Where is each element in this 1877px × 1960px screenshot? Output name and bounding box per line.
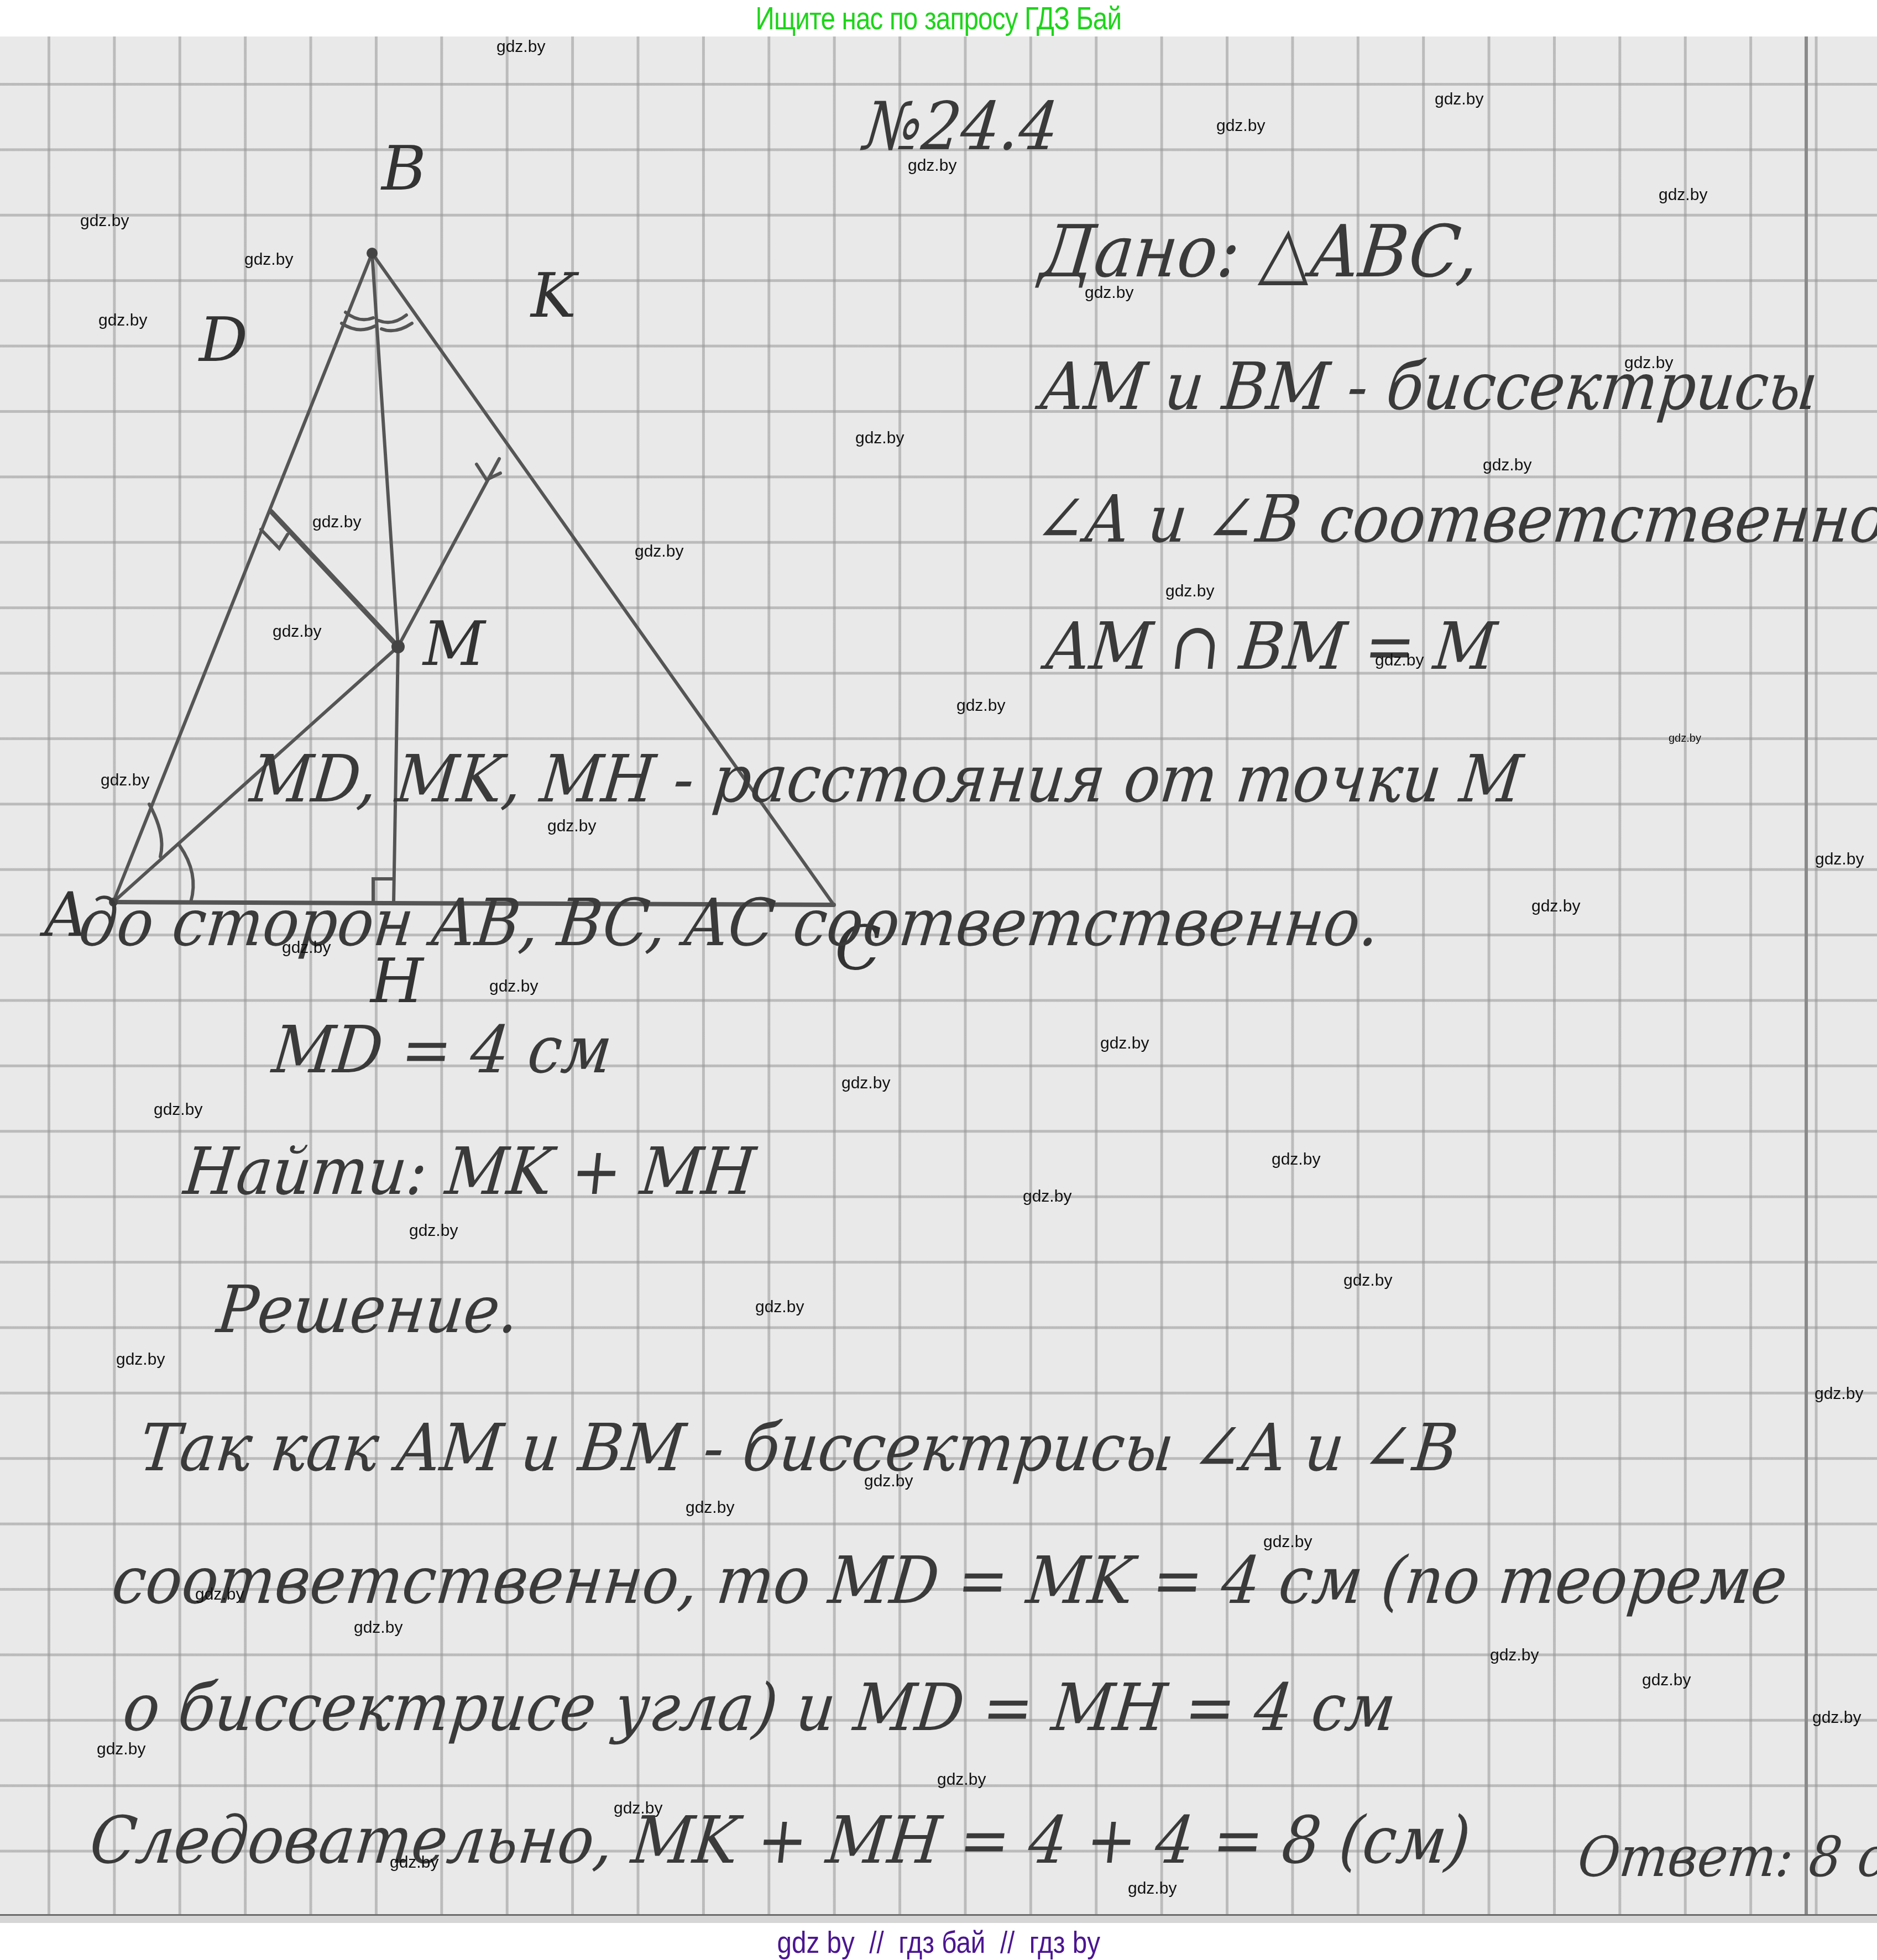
notebook-page: [0, 36, 1877, 1914]
watermark: gdz.by: [1483, 457, 1531, 474]
watermark: gdz.by: [195, 1586, 244, 1603]
given-line-4: AM ∩ BM = M: [1044, 614, 1499, 679]
watermark: gdz.by: [1375, 652, 1424, 669]
watermark: gdz.by: [614, 1800, 662, 1817]
watermark: gdz.by: [1272, 1151, 1320, 1168]
watermark: gdz.by: [98, 312, 147, 329]
watermark: gdz.by: [1100, 1035, 1149, 1052]
watermark: gdz.by: [1815, 1386, 1863, 1402]
body-line-2: до сторон AB, BC, AC соответственно.: [76, 890, 1383, 955]
watermark: gdz.by: [282, 940, 331, 956]
label-d: D: [199, 310, 248, 370]
watermark: gdz.by: [956, 698, 1005, 714]
watermark: gdz.by: [97, 1741, 145, 1758]
watermark: gdz.by: [1815, 851, 1864, 868]
watermark: gdz.by: [755, 1299, 804, 1316]
watermark: gdz.by: [1435, 91, 1483, 108]
watermark: gdz.by: [1659, 187, 1707, 203]
solution-line-3: о биссектрисе угла) и MD = MH = 4 см: [121, 1675, 1399, 1740]
watermark: gdz.by: [908, 158, 956, 174]
watermark: gdz.by: [496, 39, 545, 55]
given-line-3: ∠A и ∠B соответственно,: [1033, 486, 1877, 552]
solution-line-2: соответственно, то MD = MK = 4 см (по те…: [109, 1548, 1791, 1613]
watermark: gdz.by: [1343, 1272, 1392, 1289]
label-k: K: [531, 265, 576, 326]
watermark: gdz.by: [101, 772, 149, 789]
watermark: gdz.by: [244, 251, 293, 268]
watermark: gdz.by: [864, 1473, 913, 1490]
watermark: gdz.by: [635, 543, 683, 560]
watermark: gdz.by: [354, 1620, 402, 1636]
watermark: gdz.by: [1023, 1188, 1071, 1205]
watermark: gdz.by: [1085, 285, 1133, 301]
watermark: gdz.by: [1165, 583, 1214, 600]
watermark: gdz.by: [489, 978, 538, 995]
page-bottom-edge: [0, 1914, 1877, 1923]
watermark: gdz.by: [841, 1075, 890, 1092]
watermark: gdz.by: [273, 623, 321, 640]
label-b: B: [381, 138, 426, 199]
watermark: gdz.by: [1490, 1647, 1539, 1664]
watermark: gdz.by: [116, 1351, 165, 1368]
watermark: gdz.by: [1642, 1672, 1691, 1689]
find-line: Найти: MK + MH: [181, 1139, 759, 1204]
watermark: gdz.by: [1216, 118, 1265, 134]
margin-line: [1805, 36, 1808, 1914]
given-line-2: AM и BM - биссектрисы: [1038, 354, 1821, 419]
watermark: gdz.by: [1531, 898, 1580, 915]
solution-title: Решение.: [215, 1277, 522, 1342]
solution-line-1: Так как AM и BM - биссектрисы ∠A и ∠B: [137, 1415, 1461, 1480]
header-banner: Ищите нас по запросу ГДЗ Бай: [0, 0, 1877, 36]
watermark: gdz.by: [390, 1854, 438, 1871]
watermark: gdz.by: [686, 1500, 734, 1516]
watermark: gdz.by: [312, 514, 361, 531]
watermark: gdz.by: [1669, 733, 1701, 744]
problem-number: №24.4: [861, 94, 1062, 160]
watermark: gdz.by: [1624, 355, 1673, 371]
footer-banner: gdz by // гдз бай // гдз by: [0, 1924, 1877, 1960]
given-md: MD = 4 см: [270, 1017, 615, 1082]
watermark: gdz.by: [409, 1223, 458, 1239]
solution-line-4: Следовательно, MK + MH = 4 + 4 = 8 (см): [87, 1807, 1473, 1873]
header-banner-text: Ищите нас по запросу ГДЗ Бай: [756, 0, 1122, 37]
watermark: gdz.by: [855, 430, 904, 447]
watermark: gdz.by: [547, 818, 596, 835]
answer: Ответ: 8 см: [1575, 1830, 1877, 1885]
watermark: gdz.by: [1263, 1534, 1312, 1550]
watermark: gdz.by: [1128, 1880, 1177, 1897]
watermark: gdz.by: [937, 1772, 986, 1788]
body-line-1: MD, MK, MH - расстояния от точки M: [248, 746, 1525, 811]
watermark: gdz.by: [1812, 1710, 1861, 1726]
watermark: gdz.by: [80, 213, 129, 229]
watermark: gdz.by: [154, 1102, 202, 1118]
given-line-1: Дано: △ABC,: [1037, 216, 1482, 287]
footer-banner-text: gdz by // гдз бай // гдз by: [777, 1924, 1100, 1960]
label-m: M: [423, 614, 485, 674]
